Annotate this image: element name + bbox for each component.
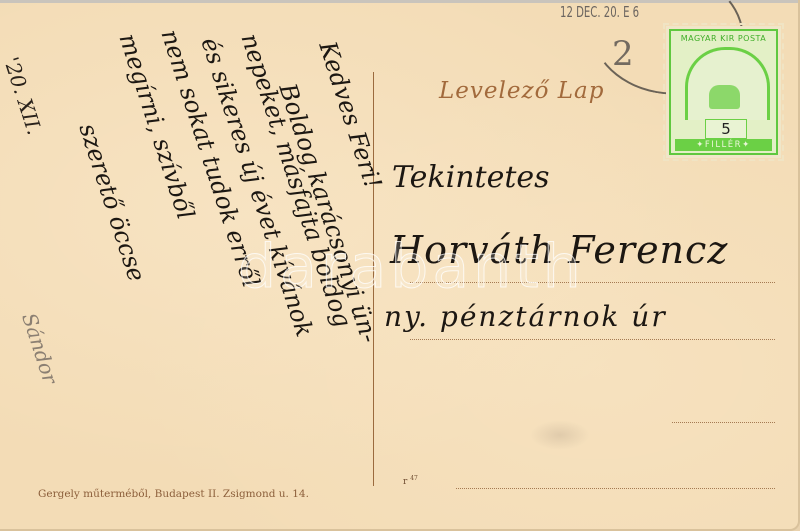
address-line-2: Horváth Ferencz (390, 228, 728, 272)
address-dotted-line-4 (456, 488, 775, 489)
printer-imprint: Gergely műterméből, Budapest II. Zsigmon… (38, 488, 309, 500)
address-line-1: Tekintetes (392, 160, 550, 195)
postage-stamp: MAGYAR KIR POSTA 5 ✦FILLÉR✦ (666, 26, 781, 158)
message-line: szerető öccse (73, 120, 150, 285)
stamp-value: 5 (705, 119, 747, 139)
stamp-denomination: ✦FILLÉR✦ (675, 139, 772, 151)
address-dotted-line-2 (410, 339, 775, 340)
plate-superscript: 47 (410, 475, 418, 482)
signature: Sándor (17, 310, 62, 387)
stamp-arch-icon (685, 47, 770, 120)
address-dotted-line-3 (672, 422, 775, 423)
postcard-title: Levelező Lap (439, 78, 604, 104)
stamp-country-text: MAGYAR KIR POSTA (671, 34, 776, 43)
smudge (530, 420, 590, 450)
address-line-3: ny. pénztárnok úr (384, 300, 667, 333)
message-address-divider (373, 72, 374, 486)
address-dotted-line-1 (410, 282, 775, 283)
stamp-frame: MAGYAR KIR POSTA 5 ✦FILLÉR✦ (669, 29, 778, 155)
crown-icon (709, 85, 740, 109)
message-date: '20. XII. (0, 54, 47, 138)
plate-number: r 47 (403, 475, 418, 487)
postcard: 12 DEC. 20. E 6 2 Levelező Lap MAGYAR KI… (0, 0, 800, 531)
postmark-number: 2 (612, 34, 634, 74)
plate-letter: r (403, 477, 407, 487)
